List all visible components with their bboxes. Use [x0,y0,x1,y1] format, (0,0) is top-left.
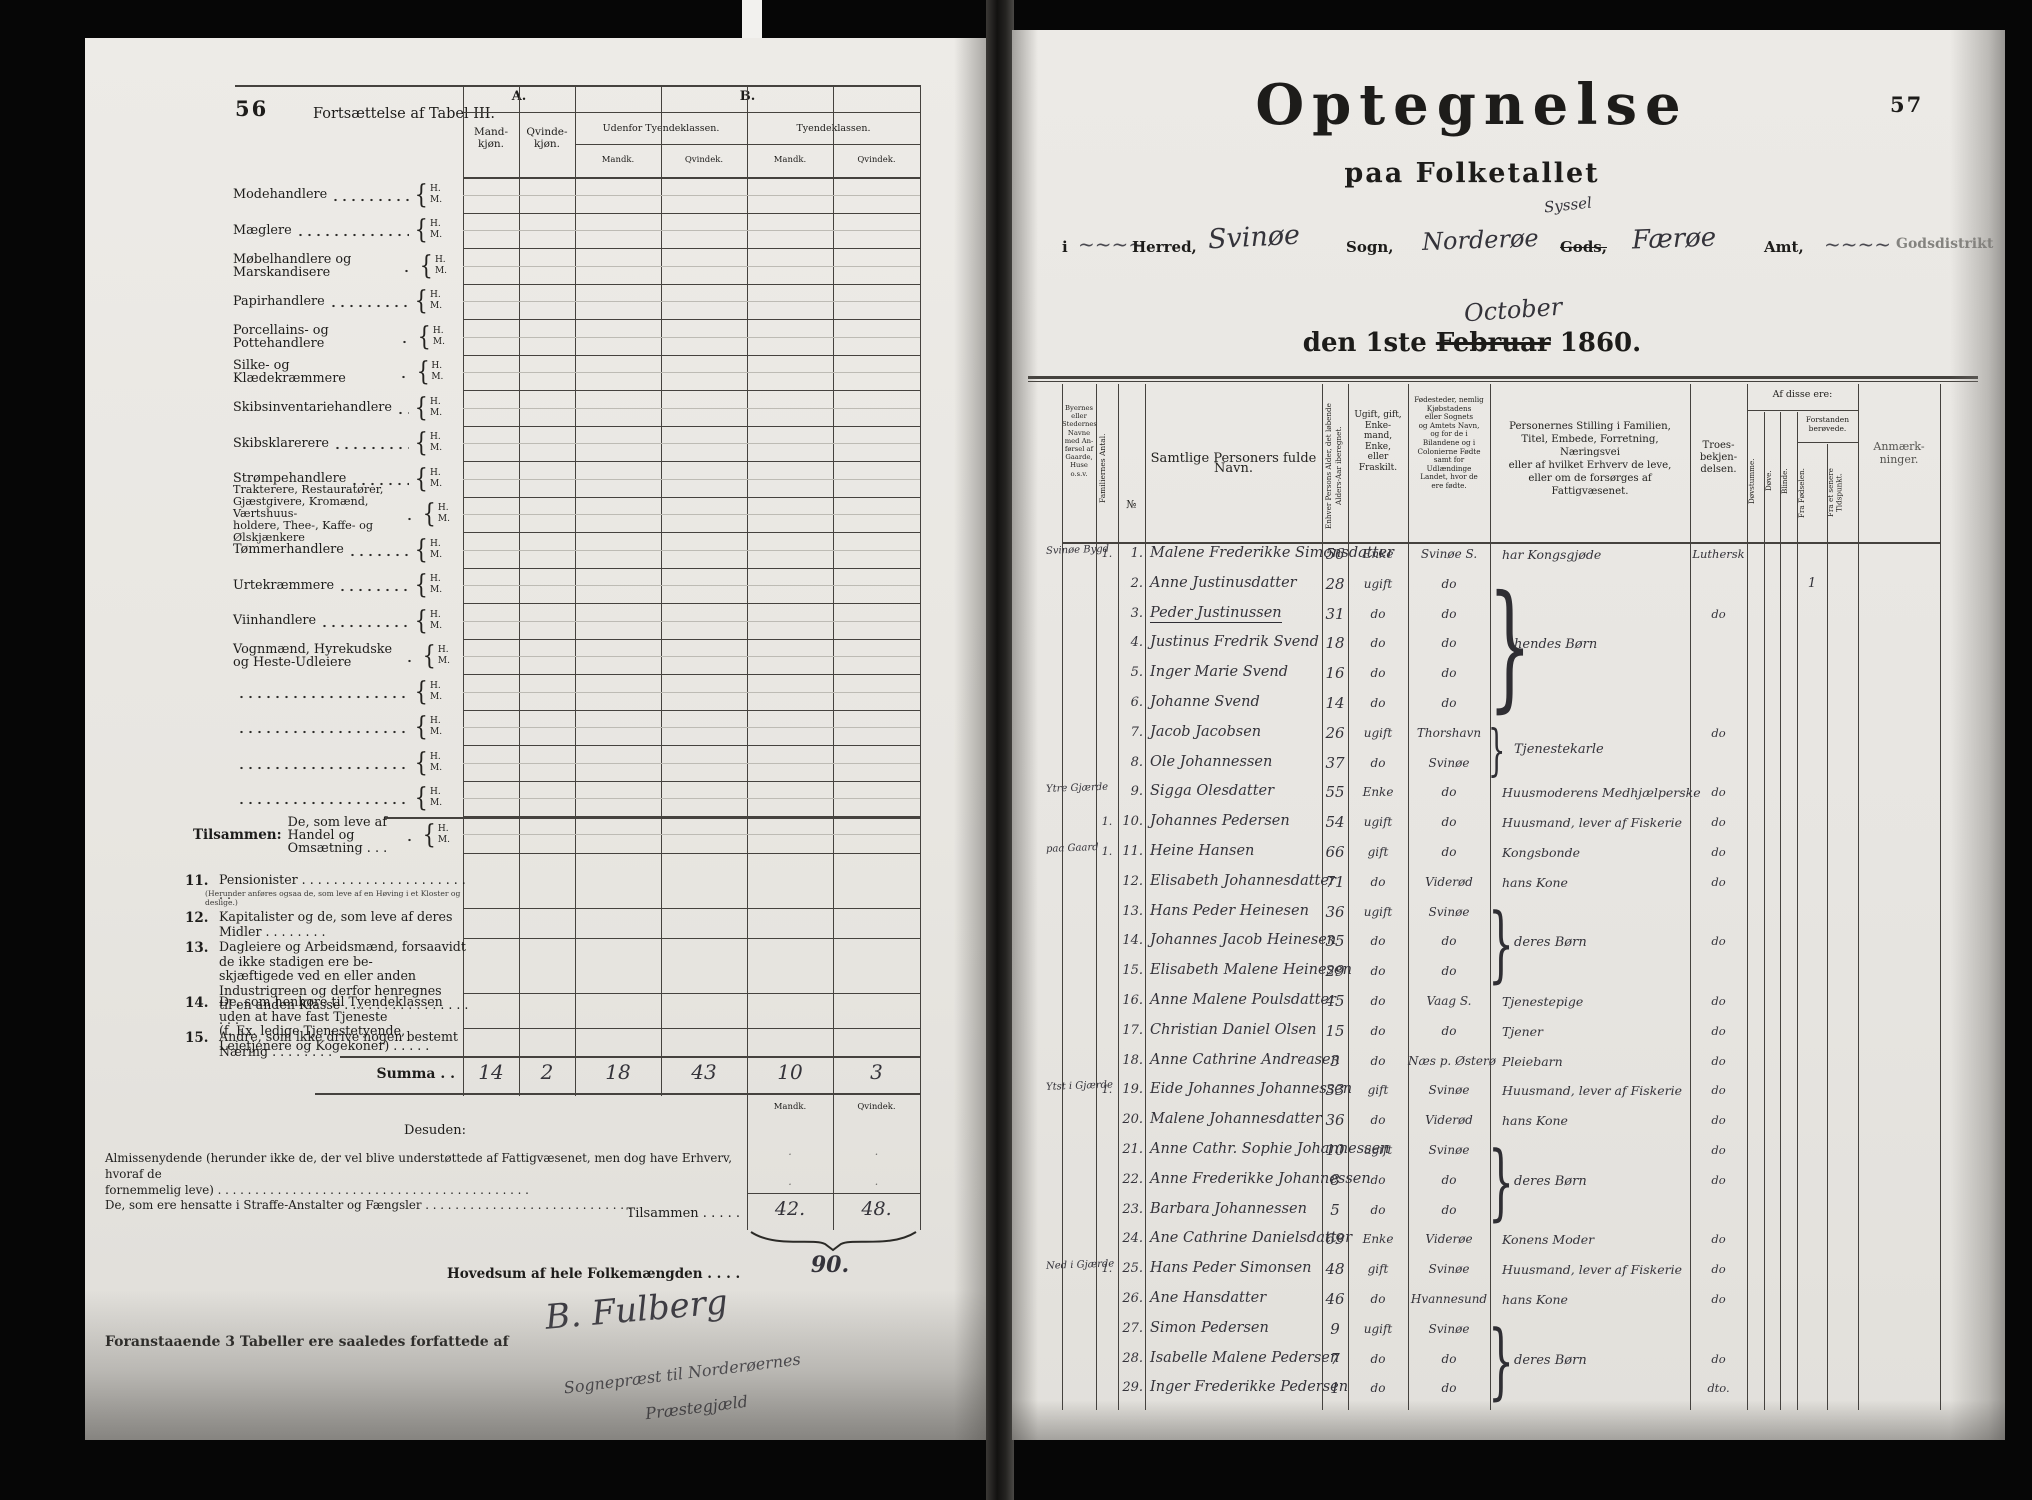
marital-status: do [1348,1381,1408,1395]
census-row: 24.Ane Cathrine Danielsdatter69EnkeVider… [1062,1227,1940,1257]
age: 14 [1320,694,1350,712]
rule-vertical [575,85,576,1096]
rule-horizontal [463,195,920,196]
scanned-census-spread: 56 Fortsættelse af Tabel III. A. B. Mand… [0,0,2032,1500]
rule-horizontal [463,745,920,746]
hm-brace: { [415,608,428,634]
rule-horizontal [463,692,920,693]
person-name: Anne Malene Poulsdatter [1150,992,1325,1008]
rule-horizontal [463,853,920,854]
row-number: 4. [1116,635,1143,650]
religion: do [1690,1083,1747,1097]
marital-status: Enke [1348,785,1408,799]
dotted-leader [237,695,409,699]
census-row: Ytst i Gjærde1.19.Eide Johannes Johannes… [1062,1078,1940,1108]
rule-horizontal [463,727,920,728]
row-number: 28. [1116,1351,1143,1366]
hm-brace: { [423,501,436,527]
birthplace: Svinøe [1408,905,1490,919]
person-name: Anne Frederikke Johannessen [1150,1171,1325,1187]
hoved-label: H. [430,219,450,230]
religion: do [1690,726,1747,740]
occupation-name: Papirhandlere [233,295,325,308]
under-brace [747,1230,920,1252]
sub-mandk-2: Mandk. [747,155,833,165]
person-name: Johannes Pedersen [1150,813,1325,829]
religion: do [1690,1054,1747,1068]
rule-horizontal [463,112,920,113]
med-label: M. [430,301,450,312]
occupation: Tjener [1502,1024,1688,1039]
religion: Luthersk [1690,547,1747,561]
row-number: 25. [1116,1261,1143,1276]
person-name-text: Hans Peder Simonsen [1150,1260,1312,1276]
signature-line3: Præstegjæld [644,1392,749,1423]
signature-name: B. Fulberg [544,1282,730,1338]
person-name-text: Justinus Fredrik Svend [1150,634,1319,650]
hm-brace: { [415,572,428,598]
rule-vertical [920,85,921,1096]
marital-status: Enke [1348,547,1408,561]
hoved-label: H. [430,610,450,621]
row-number: 26. [1116,1291,1143,1306]
row-number: 24. [1116,1231,1143,1246]
dotted-leader [320,624,409,628]
summa-label: Summa . . [340,1066,455,1082]
birthplace: do [1408,1381,1490,1395]
date-year: 1860. [1560,328,1641,358]
birthplace: do [1408,1352,1490,1366]
right-page: 57 Optegnelse paa Folketallet i ~~~~ Her… [1012,30,2005,1440]
mini-qvinde-value: 48. [833,1198,920,1220]
col-birth-header: Fødesteder, nemlig Kjøbstadens eller Sog… [1408,396,1490,491]
rule-horizontal [463,337,920,338]
col-frombirth-header: Fra Fødselen. [1797,446,1827,540]
person-name-text: Peder Justinussen [1150,605,1282,623]
rule-horizontal [463,319,920,320]
marital-status: do [1348,636,1408,650]
rule-horizontal [463,230,920,231]
age: 31 [1320,605,1350,623]
med-label: M. [431,372,450,383]
person-name-text: Jacob Jacobsen [1150,724,1261,740]
hm-brace: { [415,785,428,811]
marital-status: gift [1348,1262,1408,1276]
occupation-label: {H.M. [233,674,450,710]
hm-labels: H.M. [438,503,450,525]
occupation-label: {H.M. [233,745,450,781]
row-number: 9. [1116,784,1143,799]
hoved-label: H. [431,361,450,372]
med-label: M. [430,585,450,596]
hoved-label: H. [430,681,450,692]
person-name: Sigga Olesdatter [1150,783,1325,799]
mini-dot-2a: · [747,1178,833,1191]
occupation-name: Møbelhandlere og Marskandisere [233,253,398,279]
hoved-label: H. [438,824,450,835]
rule-horizontal [463,639,920,640]
age: 26 [1320,724,1350,742]
row-number: 27. [1116,1321,1143,1336]
item-note: (Herunder anføres ogsaa de, som leve af … [205,889,485,907]
birthplace: do [1408,785,1490,799]
col-fam-header: Familiernes Antal. [1098,398,1116,538]
occupation-name: Tømmerhandlere [233,543,344,556]
hm-brace: { [423,822,436,848]
rule-vertical [661,85,662,1096]
hm-brace: { [416,359,429,385]
family-count: 1. [1096,547,1118,560]
person-name: Ole Johannessen [1150,754,1325,770]
occupation-label: Trakterere, Restauratører, Gjæstgivere, … [233,497,450,533]
hm-labels: H.M. [430,716,450,738]
col-blind-header: Blinde. [1780,422,1797,540]
person-name: Eide Johannes Johannessen [1150,1081,1325,1097]
rule-horizontal [463,266,920,267]
marital-status: do [1348,994,1408,1008]
hm-brace: { [415,466,428,492]
birthplace: Svinøe [1408,1143,1490,1157]
group-label: deres Børn [1514,1174,1587,1189]
person-name-text: Anne Cathrine Andreasen [1150,1052,1340,1068]
group-label: hendes Børn [1514,637,1597,652]
dotted-leader [333,446,410,450]
dotted-leader [237,801,409,805]
person-name-text: Johannes Pedersen [1150,813,1290,829]
birthplace: Hvannesund [1408,1292,1490,1306]
occupation: Kongsbonde [1502,845,1688,860]
col-qvindekjon-header: Qvinde- kjøn. [519,126,575,150]
left-page: 56 Fortsættelse af Tabel III. A. B. Mand… [85,38,988,1440]
mini-dot-2b: · [833,1178,920,1191]
hoved-label: H. [430,397,450,408]
disability-mark: 1 [1797,576,1827,591]
tilsammen-bold: Tilsammen: [193,827,282,843]
rule-vertical [833,85,834,1096]
birthplace: do [1408,964,1490,978]
hm-labels: H.M. [430,397,450,419]
marital-status: do [1348,1113,1408,1127]
hm-labels: H.M. [433,326,450,348]
religion: do [1690,845,1747,859]
family-count: 1. [1096,1083,1118,1096]
person-name-text: Inger Frederikke Pedersen [1150,1379,1348,1395]
occupation-label: Silke- og Klædekræmmere {H.M. [233,355,450,391]
religion: do [1690,1024,1747,1038]
person-name: Anne Cathr. Sophie Johannessen [1150,1141,1325,1157]
occupation-label: Møbelhandlere og Marskandisere {H.M. [233,248,450,284]
rule-horizontal [463,798,920,799]
occupation-label: Papirhandlere {H.M. [233,284,450,320]
row-number: 7. [1116,725,1143,740]
rule-horizontal [463,355,920,356]
religion: do [1690,875,1747,889]
row-number: 2. [1116,576,1143,591]
hm-brace: { [420,253,433,279]
hoved-label: H. [430,539,450,550]
marital-status: gift [1348,1083,1408,1097]
dotted-leader [405,838,417,842]
birthplace: do [1408,934,1490,948]
age: 1 [1320,1379,1350,1397]
med-label: M. [438,656,450,667]
hm-brace: { [418,324,431,350]
age: 48 [1320,1260,1350,1278]
birthplace: do [1408,607,1490,621]
col-name-header: Samtlige Personers fulde Navn. [1145,454,1322,474]
person-name-text: Isabelle Malene Pedersen [1150,1350,1339,1366]
loc-syssel-correction: Syssel [1543,194,1592,217]
left-bottom-smudge [85,1290,988,1440]
med-label: M. [438,835,450,846]
footer-statement: Foranstaaende 3 Tabeller ere saaledes fo… [105,1334,509,1350]
med-label: M. [433,337,450,348]
rule-horizontal [463,710,920,711]
person-name: Johanne Svend [1150,694,1325,710]
religion: do [1690,815,1747,829]
religion: do [1690,1232,1747,1246]
rule-horizontal [463,497,920,498]
hoved-label: H. [435,255,450,266]
med-label: M. [438,514,450,525]
hm-labels: H.M. [430,574,450,596]
mini-qvindek-header: Qvindek. [833,1102,920,1112]
row-number: 1. [1116,546,1143,561]
birthplace: do [1408,1024,1490,1038]
person-name-text: Johanne Svend [1150,694,1260,710]
loc-sogn: Sogn, [1346,238,1393,256]
dotted-leader [296,233,410,237]
person-name: Malene Frederikke Simonsdatter [1150,545,1325,561]
hoved-label: H. [430,574,450,585]
rule-horizontal [463,461,920,462]
occupation-label: {H.M. [233,781,450,817]
item-number: 15. [185,1030,209,1046]
item-number: 11. [185,873,209,889]
left-page-number: 56 [235,96,268,121]
person-name: Barbara Johannessen [1150,1201,1325,1217]
person-name: Simon Pedersen [1150,1320,1325,1336]
med-label: M. [430,621,450,632]
person-name: Inger Marie Svend [1150,664,1325,680]
group-brace: } [1488,900,1514,989]
med-label: M. [430,550,450,561]
occupation-name: Skibsinventariehandlere [233,401,392,414]
med-label: M. [430,408,450,419]
birthplace: do [1408,1203,1490,1217]
med-label: M. [430,763,450,774]
census-row: paa Gaard1.11.Heine Hansen66giftdoKongsb… [1062,840,1940,870]
row-number: 20. [1116,1112,1143,1127]
person-name-text: Inger Marie Svend [1150,664,1288,680]
birthplace: do [1408,815,1490,829]
person-name: Elisabeth Johannesdatter [1150,873,1325,889]
occupation: hans Kone [1502,1292,1688,1307]
birthplace: Vaag S. [1408,994,1490,1008]
summa-value: 3 [833,1060,920,1084]
census-row: Ytre Gjærde9.Sigga Olesdatter55EnkedoHuu… [1062,780,1940,810]
sub-mandk-1: Mandk. [575,155,661,165]
occupation: Konens Moder [1502,1232,1688,1247]
birthplace: Thorshavn [1408,726,1490,740]
dotted-leader [399,375,411,379]
rule-horizontal [463,408,920,409]
summa-value: 18 [575,1060,661,1084]
person-name: Anne Justinusdatter [1150,575,1325,591]
marital-status: ugift [1348,577,1408,591]
person-name: Christian Daniel Olsen [1150,1022,1325,1038]
census-row: 20.Malene Johannesdatter36doViderødhans … [1062,1108,1940,1138]
marital-status: do [1348,666,1408,680]
hoved-label: H. [430,184,450,195]
dotted-leader [331,198,409,202]
sub-qvindek-2: Qvindek. [833,155,920,165]
hoved-label: H. [430,290,450,301]
occupation: har Kongsgjøde [1502,547,1688,562]
loc-gods-handwritten: Norderøe [1422,224,1540,256]
rule-horizontal [463,550,920,551]
birthplace: Svinøe S. [1408,547,1490,561]
religion: do [1690,1352,1747,1366]
hm-labels: H.M. [430,752,450,774]
occupation: hans Kone [1502,1113,1688,1128]
occupation: Huusmoderens Medhjælperske [1502,785,1688,800]
hm-labels: H.M. [431,361,450,383]
age: 54 [1320,813,1350,831]
occupation: Tjenestepige [1502,994,1688,1009]
age: 9 [1320,1320,1350,1338]
family-count: 1. [1096,845,1118,858]
birthplace: do [1408,577,1490,591]
hovedsum-value: 90. [785,1252,875,1278]
dotted-leader [405,517,417,521]
loc-distrikt-handwritten: ~~~~ [1824,232,1891,256]
occupation: Huusmand, lever af Fiskerie [1502,1083,1688,1098]
census-row: 18.Anne Cathrine Andreasen3doNæs p. Øste… [1062,1049,1940,1079]
hm-brace: { [415,714,428,740]
hm-brace: { [415,182,428,208]
hovedsum-label: Hovedsum af hele Folkemængden . . . . [447,1266,740,1282]
religion: do [1690,1262,1747,1276]
rule-vertical [920,1096,921,1230]
rule-horizontal [235,85,920,87]
age: 37 [1320,754,1350,772]
row-number: 15. [1116,963,1143,978]
age: 45 [1320,992,1350,1010]
census-subtitle: paa Folketallet [1012,158,1932,189]
occupation: Huusmand, lever af Fiskerie [1502,815,1688,830]
hoved-label: H. [433,326,450,337]
tilsammen-text: De, som leve af Handel og Omsætning . . … [288,816,402,855]
dotted-leader [405,659,417,663]
age: 29 [1320,962,1350,980]
occupation-label: Tømmerhandlere {H.M. [233,532,450,568]
item-number: 13. [185,940,209,956]
hm-labels: H.M. [430,787,450,809]
person-name-text: Malene Johannesdatter [1150,1111,1322,1127]
person-name-text: Hans Peder Heinesen [1150,903,1309,919]
item-number: 14. [185,995,209,1011]
med-label: M. [430,692,450,703]
age: 16 [1320,664,1350,682]
rule-horizontal [463,674,920,675]
occupation-label: Porcellains- og Pottehandlere {H.M. [233,319,450,355]
person-name: Anne Cathrine Andreasen [1150,1052,1325,1068]
tilsammen-row: Tilsammen: De, som leve af Handel og Oms… [85,817,920,853]
person-name: Elisabeth Malene Heinesen [1150,962,1325,978]
rule-horizontal [463,585,920,586]
hm-labels: H.M. [430,681,450,703]
loc-herred: Herred, [1132,238,1197,256]
group-label: Tjenestekarle [1514,742,1604,757]
dotted-leader [396,411,409,415]
marital-status: do [1348,756,1408,770]
hoved-label: H. [430,468,450,479]
hoved-label: H. [430,752,450,763]
col-age-header: Enhver Persons Alder, det løbende Alders… [1324,392,1346,540]
rule-horizontal [463,656,920,657]
desuden-title: Desuden: [335,1123,535,1138]
row-number: 19. [1116,1082,1143,1097]
person-name-text: Ole Johannessen [1150,754,1272,770]
mini-dot-1b: · [833,1148,920,1161]
occupation-label: Urtekræmmere {H.M. [233,568,450,604]
mini-tilsammen-label: Tilsammen . . . . . [505,1206,740,1221]
col-position-header: Personernes Stilling i Familien, Titel, … [1490,420,1690,498]
marital-status: ugift [1348,1143,1408,1157]
birthplace: Svinøe [1408,1083,1490,1097]
occupation-name: Vognmænd, Hyrekudske og Heste-Udleiere [233,643,401,669]
age: 7 [1320,1350,1350,1368]
item-text: Andre, som ikke drive nogen bestemt Næri… [219,1030,469,1059]
rule-horizontal [463,938,920,939]
occupation-name: Silke- og Klædekræmmere [233,359,395,385]
age: 69 [1320,1230,1350,1248]
rule-horizontal [463,426,920,427]
signature-line2: Sognepræst til Norderøernes [563,1350,802,1398]
person-name-text: Barbara Johannessen [1150,1201,1307,1217]
summa-value: 43 [661,1060,747,1084]
col-faith-header: Troes- bekjen- delsen. [1690,440,1747,476]
birthplace: Viderød [1408,875,1490,889]
row-number: 6. [1116,695,1143,710]
person-name-text: Johannes Jacob Heinesen [1150,932,1336,948]
birthplace: Viderød [1408,1113,1490,1127]
marital-status: Enke [1348,1232,1408,1246]
left-gutter-shadow [954,38,988,1440]
hm-labels: H.M. [430,432,450,454]
marital-status: do [1348,1352,1408,1366]
person-name: Justinus Fredrik Svend [1150,634,1325,650]
hm-brace: { [415,217,428,243]
row-number: 23. [1116,1202,1143,1217]
person-name-text: Anne Malene Poulsdatter [1150,992,1336,1008]
marital-status: do [1348,607,1408,621]
hm-brace: { [415,750,428,776]
med-label: M. [430,443,450,454]
rule-horizontal [463,213,920,214]
marital-status: do [1348,934,1408,948]
person-name: Hans Peder Heinesen [1150,903,1325,919]
med-label: M. [430,798,450,809]
age: 33 [1320,1081,1350,1099]
birthplace: do [1408,636,1490,650]
rule-horizontal [463,177,920,179]
group-label: deres Børn [1514,1353,1587,1368]
religion: do [1690,1143,1747,1157]
rule-horizontal [463,763,920,764]
dotted-leader [329,304,410,308]
